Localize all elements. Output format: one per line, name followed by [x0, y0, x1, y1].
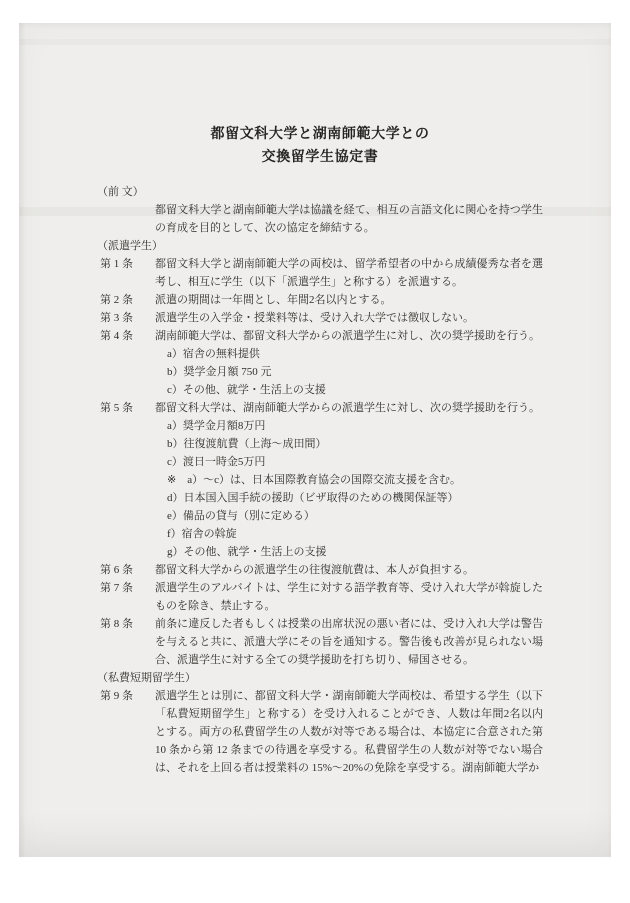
clause-text: 派遣の期間は一年間とし、年間2名以内とする。	[155, 291, 543, 309]
clause-subitem: b）奨学金月額 750 元	[167, 363, 543, 381]
clause-text: 派遣学生とは別に、都留文科大学・湖南師範大学両校は、希望する学生（以下「私費短期…	[155, 687, 543, 777]
clause-text: 前条に違反した者もしくは授業の出席状況の悪い者には、受け入れ大学は警告を与えると…	[155, 615, 543, 669]
document-title-line2: 交換留学生協定書	[97, 145, 543, 168]
clause-number: 第 2 条	[97, 291, 155, 309]
document-title: 都留文科大学と湖南師範大学との 交換留学生協定書	[97, 122, 543, 168]
clause-subitem: a）宿舎の無料提供	[167, 345, 543, 363]
clause-number: 第 8 条	[97, 615, 155, 669]
clause-text: 派遣学生のアルバイトは、学生に対する語学教育等、受け入れ大学が斡旋したものを除き…	[155, 579, 543, 615]
clause-row: 都留文科大学と湖南師範大学は協議を経て、相互の言語文化に関心を持つ学生の育成を目…	[97, 201, 543, 237]
clause-body: 湖南師範大学は、都留文科大学からの派遣学生に対し、次の奨学援助を行う。a）宿舎の…	[155, 327, 543, 399]
clause-subitem: c）その他、就学・生活上の支援	[167, 381, 543, 399]
clause-subitem: e）備品の貸与（別に定める）	[167, 507, 543, 525]
document-body: （前 文）都留文科大学と湖南師範大学は協議を経て、相互の言語文化に関心を持つ学生…	[97, 183, 543, 777]
clause-row: 第 5 条都留文科大学は、湖南師範大学からの派遣学生に対し、次の奨学援助を行う。…	[97, 399, 543, 561]
clause-subitem: f）宿舎の斡旋	[167, 525, 543, 543]
clause-text: 派遣学生の入学金・授業料等は、受け入れ大学では徴収しない。	[155, 309, 543, 327]
clause-body: 都留文科大学と湖南師範大学の両校は、留学希望者の中から成績優秀な者を選考し、相互…	[155, 255, 543, 291]
document-section: （派遣学生）第 1 条都留文科大学と湖南師範大学の両校は、留学希望者の中から成績…	[97, 237, 543, 669]
clause-row: 第 1 条都留文科大学と湖南師範大学の両校は、留学希望者の中から成績優秀な者を選…	[97, 255, 543, 291]
section-heading: （私費短期留学生）	[97, 669, 543, 687]
clause-text: 都留文科大学は、湖南師範大学からの派遣学生に対し、次の奨学援助を行う。	[155, 399, 543, 417]
clause-subitem: c）渡日一時金5万円	[167, 453, 543, 471]
clause-number: 第 6 条	[97, 561, 155, 579]
clause-number: 第 5 条	[97, 399, 155, 561]
scan-artifact-band-top	[19, 39, 611, 45]
clause-number	[97, 201, 155, 237]
clause-row: 第 4 条湖南師範大学は、都留文科大学からの派遣学生に対し、次の奨学援助を行う。…	[97, 327, 543, 399]
clause-body: 都留文科大学からの派遣学生の往復渡航費は、本人が負担する。	[155, 561, 543, 579]
clause-text: 湖南師範大学は、都留文科大学からの派遣学生に対し、次の奨学援助を行う。	[155, 327, 543, 345]
clause-body: 派遣の期間は一年間とし、年間2名以内とする。	[155, 291, 543, 309]
clause-row: 第 9 条派遣学生とは別に、都留文科大学・湖南師範大学両校は、希望する学生（以下…	[97, 687, 543, 777]
clause-number: 第 9 条	[97, 687, 155, 777]
document-title-line1: 都留文科大学と湖南師範大学との	[97, 122, 543, 145]
clause-body: 都留文科大学と湖南師範大学は協議を経て、相互の言語文化に関心を持つ学生の育成を目…	[155, 201, 543, 237]
clause-row: 第 3 条派遣学生の入学金・授業料等は、受け入れ大学では徴収しない。	[97, 309, 543, 327]
clause-number: 第 3 条	[97, 309, 155, 327]
clause-text: 都留文科大学からの派遣学生の往復渡航費は、本人が負担する。	[155, 561, 543, 579]
clause-text: 都留文科大学と湖南師範大学は協議を経て、相互の言語文化に関心を持つ学生の育成を目…	[155, 201, 543, 237]
document-section: （私費短期留学生）第 9 条派遣学生とは別に、都留文科大学・湖南師範大学両校は、…	[97, 669, 543, 777]
clause-body: 派遣学生の入学金・授業料等は、受け入れ大学では徴収しない。	[155, 309, 543, 327]
clause-subitem: ※ a）～c）は、日本国際教育協会の国際交流支援を含む。	[167, 471, 543, 489]
clause-row: 第 6 条都留文科大学からの派遣学生の往復渡航費は、本人が負担する。	[97, 561, 543, 579]
clause-row: 第 7 条派遣学生のアルバイトは、学生に対する語学教育等、受け入れ大学が斡旋した…	[97, 579, 543, 615]
clause-number: 第 1 条	[97, 255, 155, 291]
clause-text: 都留文科大学と湖南師範大学の両校は、留学希望者の中から成績優秀な者を選考し、相互…	[155, 255, 543, 291]
clause-subitem: d）日本国入国手続の援助（ビザ取得のための機関保証等）	[167, 489, 543, 507]
clause-number: 第 4 条	[97, 327, 155, 399]
clause-row: 第 8 条前条に違反した者もしくは授業の出席状況の悪い者には、受け入れ大学は警告…	[97, 615, 543, 669]
section-heading: （前 文）	[97, 183, 543, 201]
clause-row: 第 2 条派遣の期間は一年間とし、年間2名以内とする。	[97, 291, 543, 309]
clause-body: 都留文科大学は、湖南師範大学からの派遣学生に対し、次の奨学援助を行う。a）奨学金…	[155, 399, 543, 561]
section-heading: （派遣学生）	[97, 237, 543, 255]
clause-subitem: a）奨学金月額8万円	[167, 417, 543, 435]
document-page: 都留文科大学と湖南師範大学との 交換留学生協定書 （前 文）都留文科大学と湖南師…	[19, 23, 611, 857]
clause-body: 派遣学生のアルバイトは、学生に対する語学教育等、受け入れ大学が斡旋したものを除き…	[155, 579, 543, 615]
clause-body: 派遣学生とは別に、都留文科大学・湖南師範大学両校は、希望する学生（以下「私費短期…	[155, 687, 543, 777]
clause-subitem: g）その他、就学・生活上の支援	[167, 543, 543, 561]
document-section: （前 文）都留文科大学と湖南師範大学は協議を経て、相互の言語文化に関心を持つ学生…	[97, 183, 543, 237]
clause-body: 前条に違反した者もしくは授業の出席状況の悪い者には、受け入れ大学は警告を与えると…	[155, 615, 543, 669]
clause-number: 第 7 条	[97, 579, 155, 615]
clause-subitem: b）往復渡航費（上海～成田間）	[167, 435, 543, 453]
